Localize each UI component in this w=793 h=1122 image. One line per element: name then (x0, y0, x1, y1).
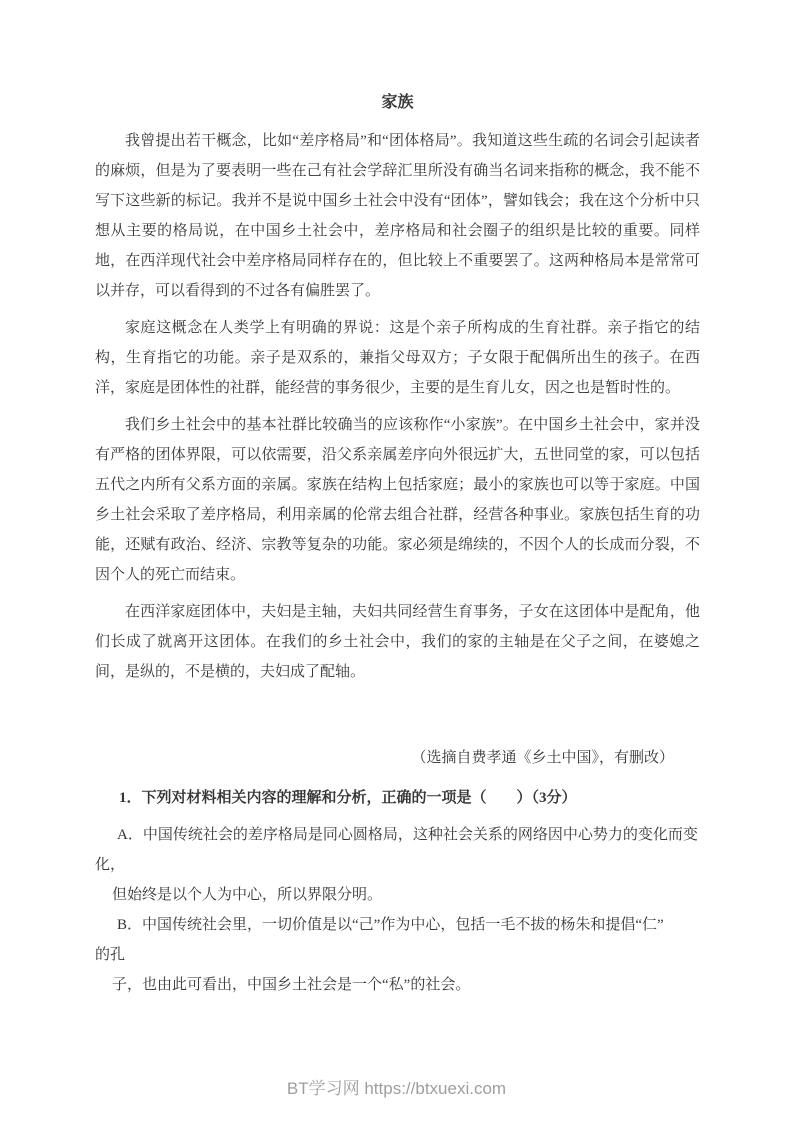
option-b-line-3: 子，也由此可看出，中国乡土社会是一个“私”的社会。 (95, 970, 700, 1000)
option-a-line-3: 但始终是以个人为中心，所以界限分明。 (95, 880, 700, 910)
question-1-options: A．中国传统社会的差序格局是同心圆格局，这种社会关系的网络因中心势力的变化而变 … (95, 820, 700, 1000)
option-a-line-1: A．中国传统社会的差序格局是同心圆格局，这种社会关系的网络因中心势力的变化而变 (95, 820, 700, 850)
option-a: A．中国传统社会的差序格局是同心圆格局，这种社会关系的网络因中心势力的变化而变 … (95, 820, 700, 910)
body-paragraph-4: 在西洋家庭团体中，夫妇是主轴，夫妇共同经营生育事务，子女在这团体中是配角，他们长… (95, 597, 700, 687)
document-page: 家族 我曾提出若干概念，比如“差序格局”和“团体格局”。我知道这些生疏的名词会引… (0, 0, 793, 1122)
body-paragraph-1: 我曾提出若干概念，比如“差序格局”和“团体格局”。我知道这些生疏的名词会引起读者… (95, 126, 700, 306)
option-a-line-2: 化， (95, 850, 700, 880)
body-paragraph-3: 我们乡土社会中的基本社群比较确当的应该称作“小家族”。在中国乡土社会中，家并没有… (95, 410, 700, 590)
document-content: 家族 我曾提出若干概念，比如“差序格局”和“团体格局”。我知道这些生疏的名词会引… (0, 0, 793, 1000)
source-attribution: （选摘自费孝通《乡土中国》，有删改） (95, 743, 700, 773)
question-1-stem: 1．下列对材料相关内容的理解和分析，正确的一项是（ ）（3分） (95, 783, 700, 813)
site-watermark: BT学习网 https://btxuexi.com (0, 1078, 793, 1100)
option-b-line-1: B．中国传统社会里，一切价值是以“己”作为中心，包括一毛不拔的杨朱和提倡“仁” (95, 910, 700, 940)
body-paragraph-2: 家庭这概念在人类学上有明确的界说：这是个亲子所构成的生育社群。亲子指它的结构，生… (95, 313, 700, 403)
option-b-line-2: 的孔 (95, 940, 700, 970)
option-b: B．中国传统社会里，一切价值是以“己”作为中心，包括一毛不拔的杨朱和提倡“仁” … (95, 910, 700, 1000)
page-title: 家族 (95, 92, 700, 114)
